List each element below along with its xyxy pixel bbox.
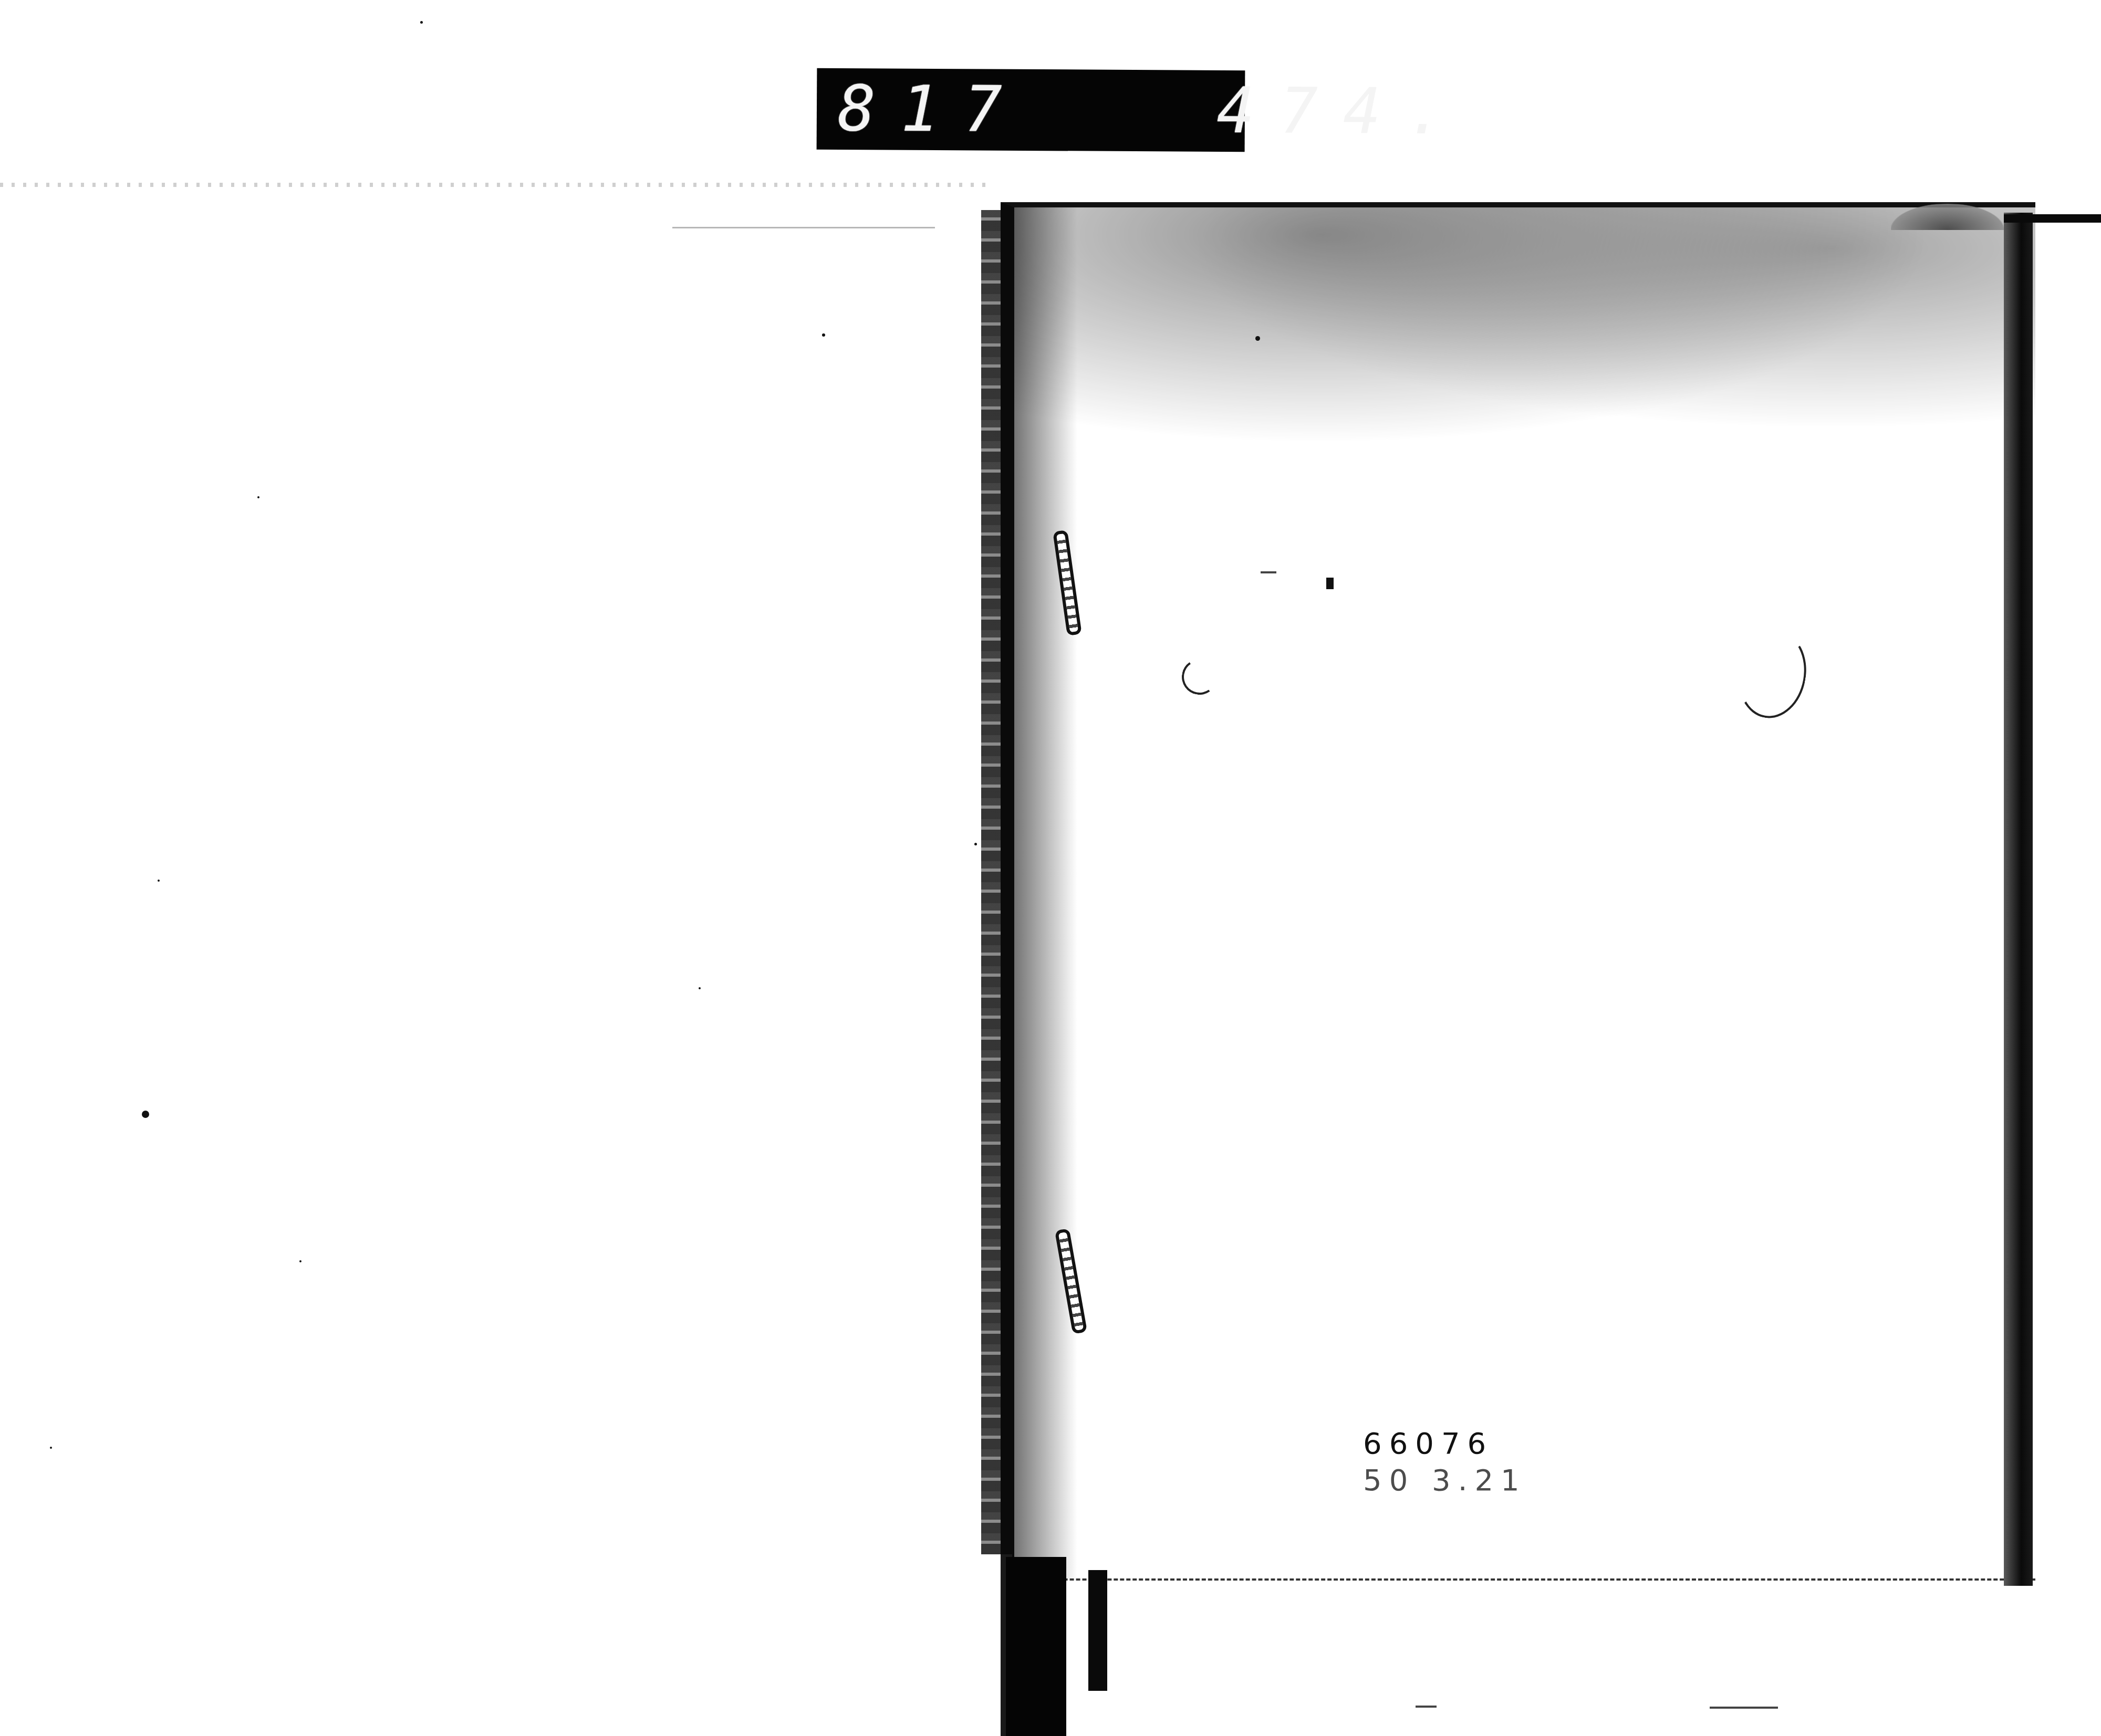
speck [699,987,701,989]
scan-artifact-line [672,227,935,228]
reel-label: 817 474. [817,68,1245,152]
ink-spot [1255,336,1260,341]
scan-artifact-line [0,183,987,187]
accession-stamp: 66076 50 3.21 [1363,1426,1527,1499]
speck [257,496,259,498]
speck [299,1260,301,1262]
binding-clip [1006,1557,1066,1736]
stamp-number: 66076 [1363,1426,1527,1462]
torn-left-edge [981,210,1002,1554]
speck [158,880,160,882]
speck [974,843,977,845]
ink-mark [1261,571,1276,573]
speck [142,1111,149,1118]
ink-spot [1326,578,1334,589]
scan-mark [1416,1706,1437,1708]
cover-shadow [1014,207,1077,1578]
cover-stain [1014,207,2035,480]
binding-clip [1088,1570,1107,1691]
cover-corner-curl [1891,204,2004,230]
stamp-date: 50 3.21 [1363,1462,1527,1499]
document-cover [1001,202,2035,1581]
scan-mark [1710,1707,1778,1709]
speck [822,333,825,337]
reel-number: 817 474. [838,78,1470,144]
speck [50,1447,52,1449]
speck [420,21,423,24]
edge-bar [2004,214,2101,223]
bound-spine [2004,213,2033,1586]
